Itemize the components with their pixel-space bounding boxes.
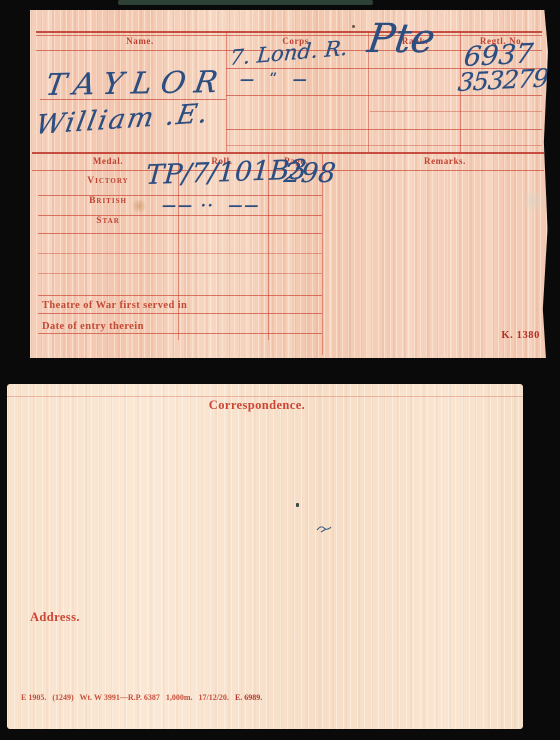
medal-row-star: Star (58, 216, 158, 226)
ruled-line (38, 295, 322, 296)
ruled-line (36, 31, 542, 33)
medal-card-back: Correspondence. Address. E 1905. (1249) … (7, 384, 523, 729)
medal-row-victory: Victory (58, 176, 158, 186)
ruled-line (226, 145, 542, 146)
scanned-document-background: Name. Corps. Rank. Regtl. No. Medal. Rol… (0, 0, 560, 740)
name-column-header: Name. (70, 36, 210, 46)
medal-card-front: Name. Corps. Rank. Regtl. No. Medal. Rol… (30, 10, 548, 358)
correspondence-title: Correspondence. (157, 398, 357, 413)
address-label: Address. (30, 610, 80, 625)
ruled-line (38, 273, 322, 274)
handwritten-corps-ditto: — ʺ — (240, 72, 309, 88)
ink-mark (316, 523, 332, 534)
stain (132, 198, 146, 214)
ruled-line (38, 313, 322, 314)
adjacent-card-edge (118, 0, 373, 5)
form-reference: K. 1380 (470, 330, 540, 341)
stain (522, 186, 544, 216)
handwritten-regtl-no-2: 353279 (457, 63, 550, 97)
ruled-line (38, 253, 322, 254)
printer-imprint: E 1905. (1249) Wt. W 3991—R.P. 6387 1,00… (21, 693, 262, 702)
ruled-line (226, 95, 542, 96)
handwritten-roll-ditto: —— ·· —— (162, 198, 260, 214)
imprint-text: E 1905. (1249) Wt. W 3991—R.P. 6387 1,00… (21, 693, 229, 702)
remarks-column-header: Remarks. (360, 156, 530, 166)
ruled-line (32, 152, 544, 154)
ruled-line (38, 333, 322, 334)
ruled-line (7, 396, 523, 397)
imprint-ref: E. 6989. (235, 693, 262, 702)
speck (296, 503, 299, 507)
speck (352, 25, 355, 28)
ruled-line (226, 129, 542, 130)
ruled-line (38, 233, 322, 234)
date-of-entry-label: Date of entry therein (42, 321, 262, 332)
handwritten-rank: Pte (365, 16, 438, 62)
medal-column-header: Medal. (58, 156, 158, 166)
column-divider (226, 31, 227, 152)
handwritten-forenames: William .E. (33, 98, 212, 141)
theatre-of-war-label: Theatre of War first served in (42, 300, 262, 311)
ruled-line (370, 111, 542, 112)
handwritten-page: 298 (282, 158, 337, 189)
handwritten-surname: TAYLOR (43, 65, 229, 103)
